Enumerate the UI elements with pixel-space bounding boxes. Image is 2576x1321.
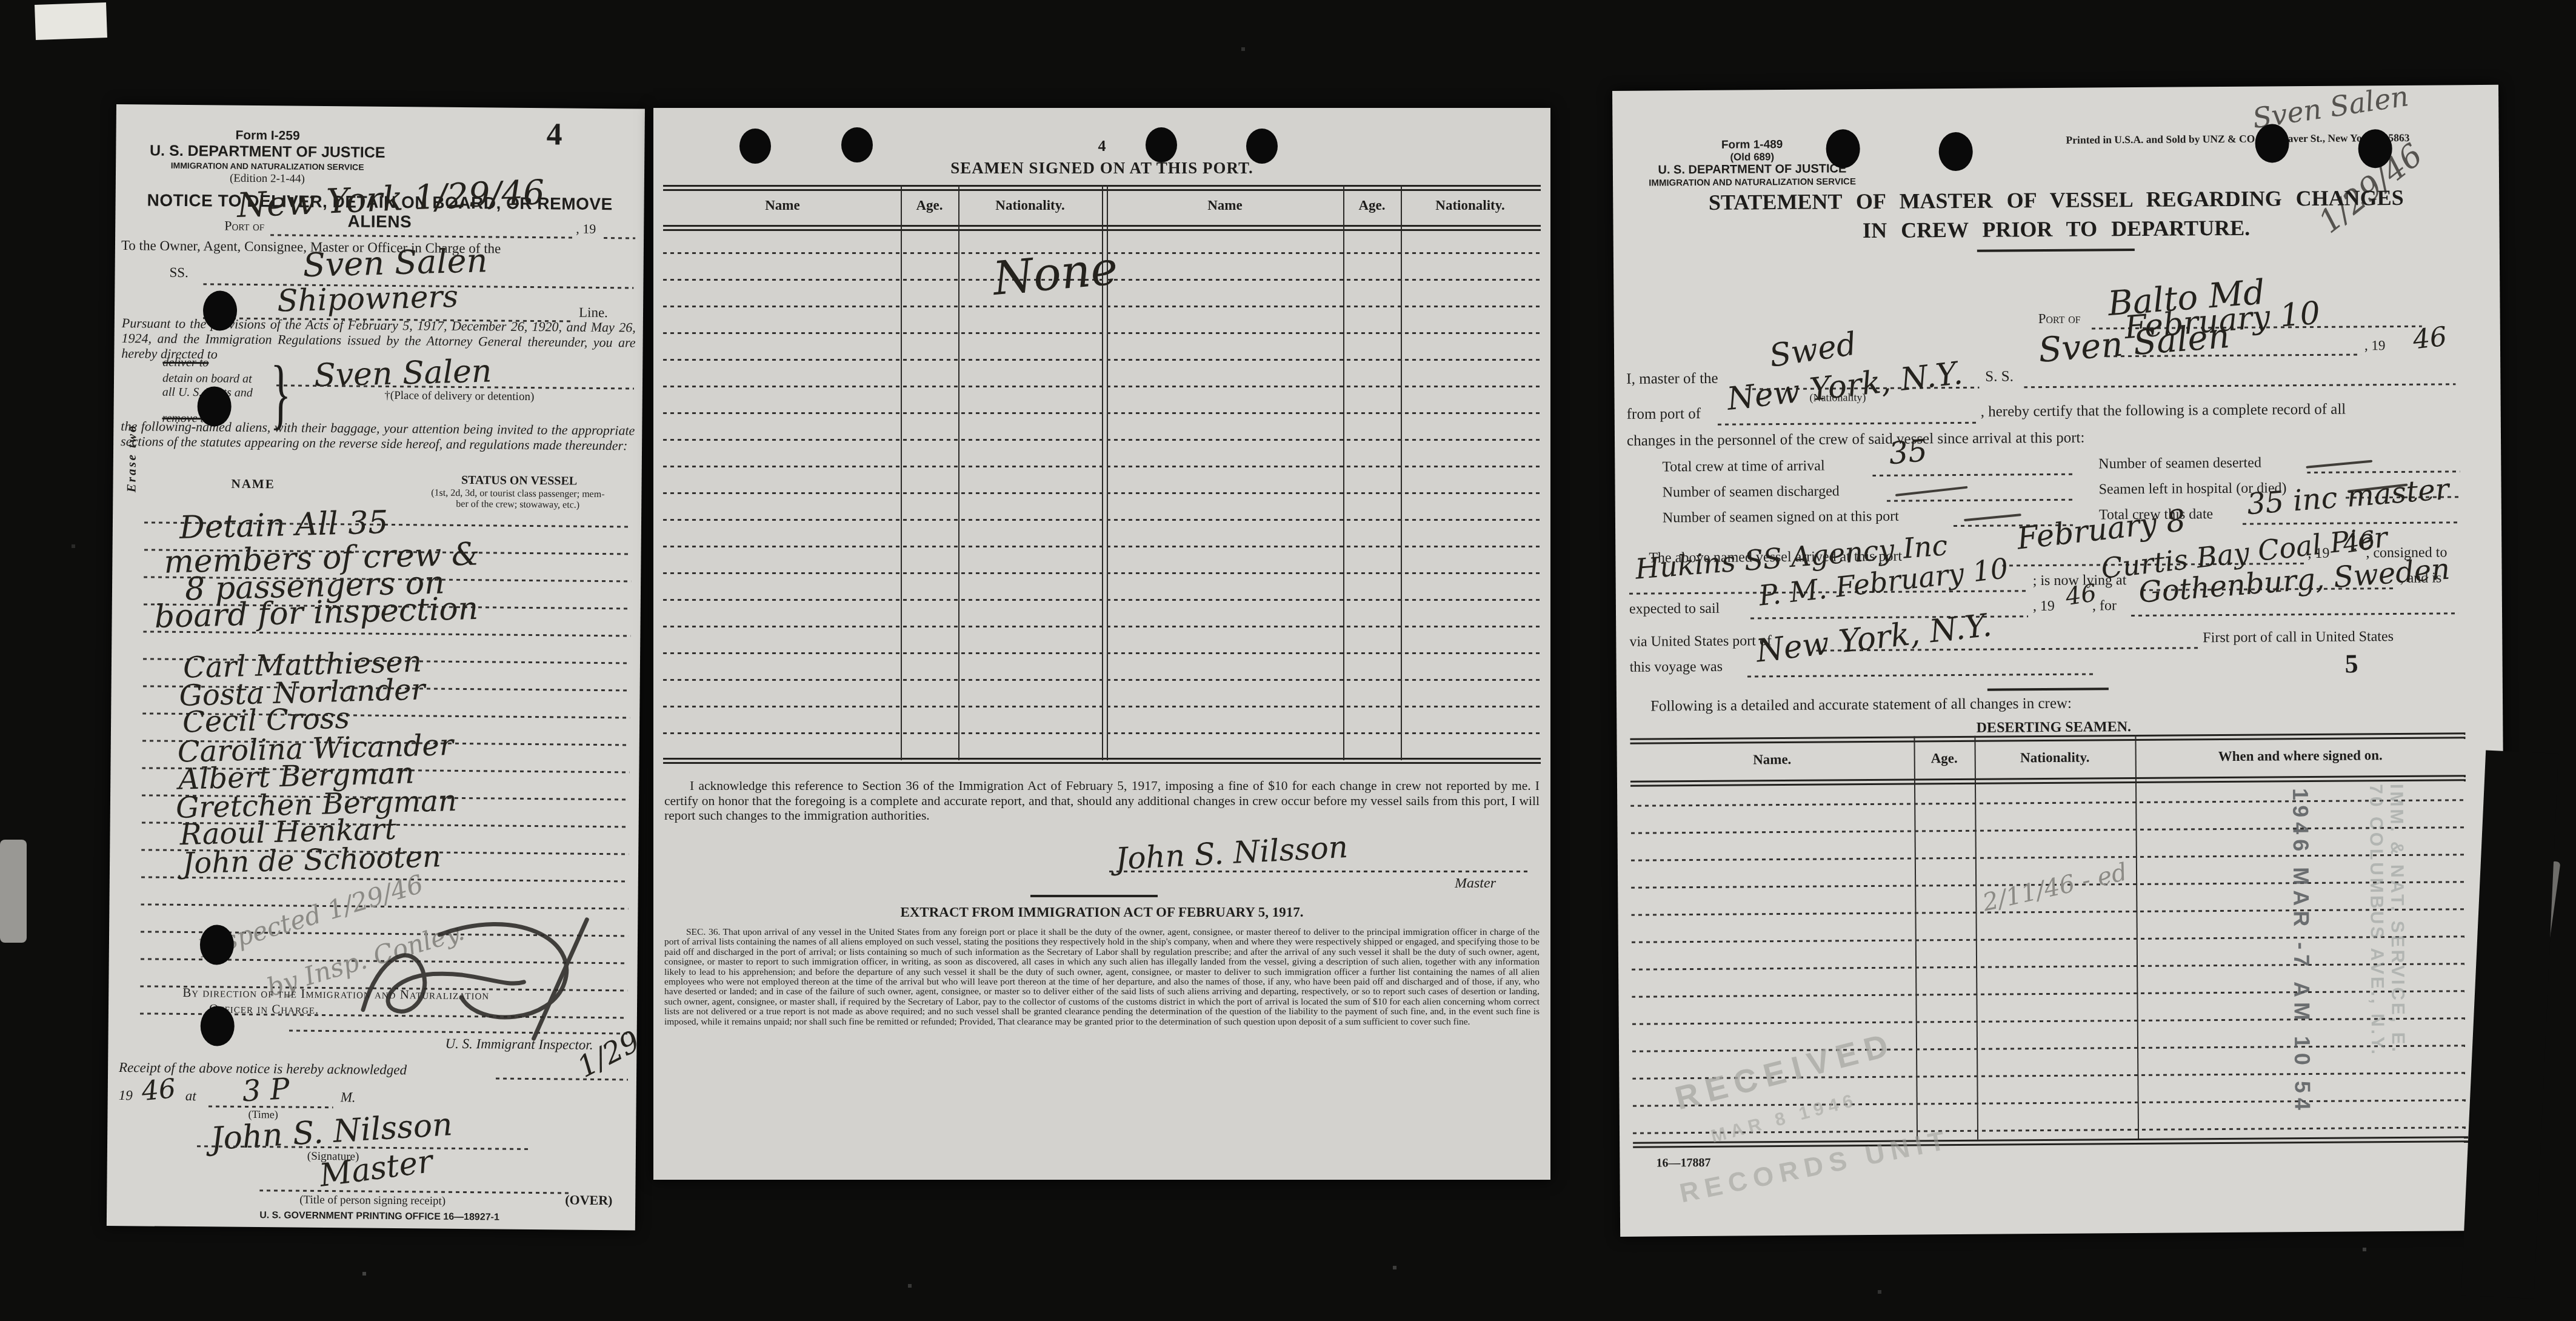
- dotted-row-line: [663, 492, 1541, 494]
- punch-hole: [2358, 129, 2392, 168]
- punch-hole: [197, 386, 232, 426]
- dotted-row-line: [1630, 799, 2466, 807]
- over-label: (OVER): [565, 1192, 612, 1209]
- film-scratch-artifact: [0, 840, 27, 943]
- sec36-paragraph: SEC. 36. That upon arrival of any vessel…: [664, 928, 1540, 1027]
- master-label: Master: [1455, 875, 1496, 892]
- dotted-row-line: [663, 332, 1541, 334]
- dotted-row-line: [663, 706, 1541, 707]
- at-label: at: [185, 1088, 196, 1104]
- dotted-row-line: [663, 599, 1541, 601]
- dotted-row-line: [663, 572, 1541, 574]
- m-label: M.: [341, 1089, 356, 1105]
- service-stamp-line2: 70 COLUMBUS AVE., N.Y.: [2365, 784, 2387, 1057]
- dotted-row-line: [663, 679, 1541, 681]
- date-received-stamp: 1946 MAR -7 AM 10 54: [2287, 788, 2315, 1115]
- dotted-row-line: [663, 359, 1541, 361]
- film-speckles: [0, 0, 1, 1]
- year-prefix: 19: [119, 1088, 133, 1103]
- film-label-artifact: [35, 2, 107, 40]
- dotted-row-line: [663, 519, 1541, 521]
- extract-title: EXTRACT FROM IMMIGRATION ACT OF FEBRUARY…: [653, 905, 1550, 920]
- dotted-row-line: [1632, 990, 2467, 998]
- dotted-row-line: [663, 386, 1541, 387]
- dotted-row-line: [663, 439, 1541, 441]
- inspector-title: U. S. Immigrant Inspector.: [445, 1036, 593, 1053]
- section-divider-rule: [1030, 895, 1158, 897]
- year-handwriting: 46: [140, 1073, 177, 1107]
- punch-hole: [841, 127, 873, 162]
- acknowledgment-paragraph: I acknowledge this reference to Section …: [664, 778, 1540, 823]
- signature-line: [1109, 871, 1530, 872]
- punch-hole: [1938, 132, 1972, 171]
- microfilm-scan: 4 Form I-259 U. S. DEPARTMENT OF JUSTICE…: [0, 0, 2576, 1321]
- dotted-row-line: [1632, 935, 2467, 943]
- punch-hole: [1246, 129, 1278, 164]
- dotted-row-line: [1631, 826, 2466, 834]
- punch-hole: [1146, 127, 1177, 162]
- dotted-row-line: [663, 546, 1541, 547]
- punch-hole: [1826, 129, 1860, 168]
- none-handwriting: None: [991, 241, 1120, 306]
- punch-hole: [200, 1006, 235, 1046]
- dotted-row-line: [1633, 1099, 2468, 1107]
- inspector-signature: [320, 912, 612, 1048]
- service-address-stamp: IMM. & NAT. SERVICE, E. 70 COLUMBUS AVE.…: [2365, 784, 2408, 1057]
- title-caption: (Title of person signing receipt): [299, 1194, 445, 1208]
- dotted-row-line: [1631, 908, 2466, 916]
- punch-hole: [203, 290, 238, 330]
- form-i259-page: 4 Form I-259 U. S. DEPARTMENT OF JUSTICE…: [107, 104, 645, 1231]
- dotted-row-line: [1632, 1045, 2468, 1052]
- dotted-row-line: [663, 466, 1541, 467]
- dotted-row-line: [1632, 1017, 2468, 1025]
- dotted-row-line: [663, 732, 1541, 734]
- punch-hole: [200, 925, 235, 965]
- form-footer-number: 16—17887: [1656, 1156, 1710, 1171]
- service-stamp-line1: IMM. & NAT. SERVICE, E.: [2386, 784, 2408, 1057]
- dotted-row-line: [1632, 963, 2467, 971]
- statement-of-master-page: Form 1-489 (Old 689) U. S. DEPARTMENT OF…: [1612, 85, 2506, 1237]
- dotted-row-line: [1631, 854, 2466, 861]
- dotted-row-line: [663, 652, 1541, 654]
- dotted-row-line: [663, 306, 1541, 307]
- punch-hole: [739, 129, 771, 164]
- seamen-signed-on-page: 4 SEAMEN SIGNED ON AT THIS PORT. Name Ag…: [653, 108, 1550, 1180]
- time-handwriting: 3 P: [241, 1072, 290, 1109]
- dotted-row-line: [663, 626, 1541, 627]
- punch-hole: [2255, 124, 2289, 162]
- dotted-row-line: [663, 412, 1541, 414]
